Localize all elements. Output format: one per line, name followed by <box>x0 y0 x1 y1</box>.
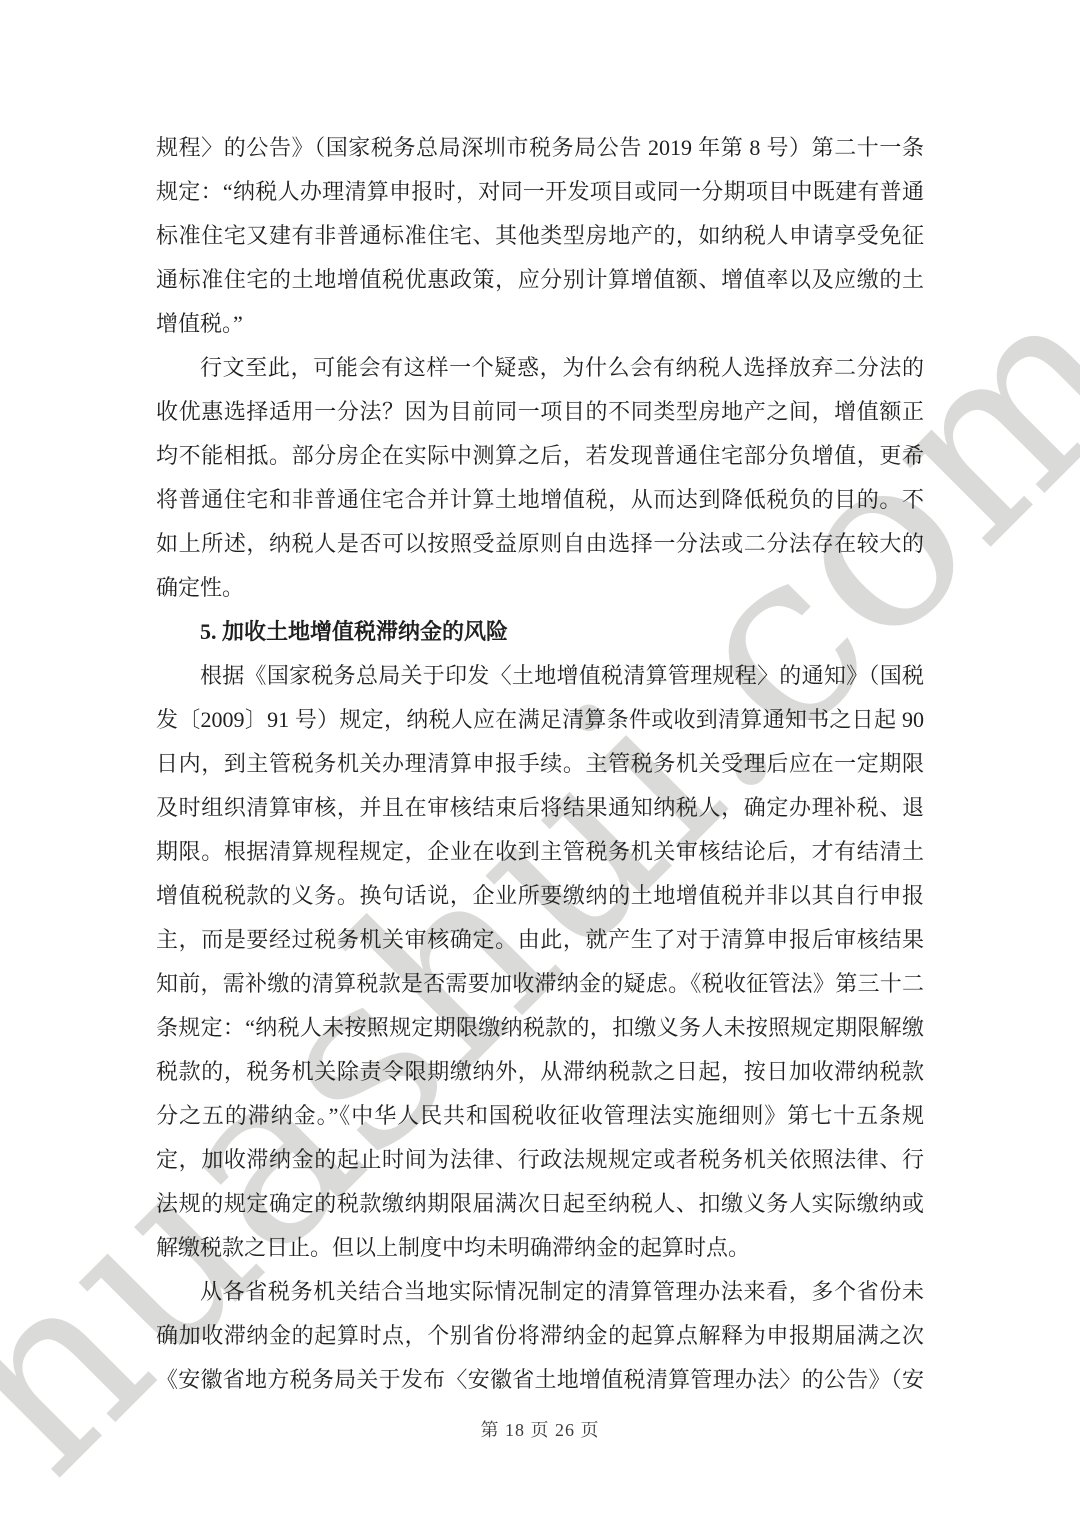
text-line: 日内，到主管税务机关办理清算申报手续。主管税务机关受理后应在一定期限内 <box>156 742 924 786</box>
text-line: 解缴税款之日止。但以上制度中均未明确滞纳金的起算时点。 <box>156 1226 924 1270</box>
text-line: 分之五的滞纳金。”《中华人民共和国税收征收管理法实施细则》第七十五条规 <box>156 1094 924 1138</box>
text-line: 增值税税款的义务。换句话说，企业所要缴纳的土地增值税并非以其自行申报为 <box>156 874 924 918</box>
text-line: 收优惠选择适用一分法？因为目前同一项目的不同类型房地产之间，增值额正负 <box>156 390 924 434</box>
text-line: 均不能相抵。部分房企在实际中测算之后，若发现普通住宅部分负增值，更希望 <box>156 434 924 478</box>
text-line: 主，而是要经过税务机关审核确定。由此，就产生了对于清算申报后审核结果通 <box>156 918 924 962</box>
document-page: huashui.com 规程〉的公告》（国家税务总局深圳市税务局公告 2019 … <box>0 0 1080 1527</box>
text-line: 《安徽省地方税务局关于发布〈安徽省土地增值税清算管理办法〉的公告》（安 <box>156 1358 924 1402</box>
document-body: 规程〉的公告》（国家税务总局深圳市税务局公告 2019 年第 8 号）第二十一条… <box>156 126 924 1402</box>
text-line: 标准住宅又建有非普通标准住宅、其他类型房地产的，如纳税人申请享受免征普 <box>156 214 924 258</box>
text-line: 确定性。 <box>156 566 924 610</box>
text-line: 规程〉的公告》（国家税务总局深圳市税务局公告 2019 年第 8 号）第二十一条 <box>156 126 924 170</box>
text-line: 期限。根据清算规程规定，企业在收到主管税务机关审核结论后，才有结清土地 <box>156 830 924 874</box>
text-line: 税款的，税务机关除责令限期缴纳外，从滞纳税款之日起，按日加收滞纳税款万 <box>156 1050 924 1094</box>
text-line: 知前，需补缴的清算税款是否需要加收滞纳金的疑虑。《税收征管法》第三十二 <box>156 962 924 1006</box>
text-line: 法规的规定确定的税款缴纳期限届满次日起至纳税人、扣缴义务人实际缴纳或者 <box>156 1182 924 1226</box>
text-line: 及时组织清算审核，并且在审核结束后将结果通知纳税人，确定办理补税、退税 <box>156 786 924 830</box>
text-line: 如上所述，纳税人是否可以按照受益原则自由选择一分法或二分法存在较大的不 <box>156 522 924 566</box>
text-line: 定，加收滞纳金的起止时间为法律、行政法规规定或者税务机关依照法律、行政 <box>156 1138 924 1182</box>
text-line: 将普通住宅和非普通住宅合并计算土地增值税，从而达到降低税负的目的。不过， <box>156 478 924 522</box>
text-line: 规定：“纳税人办理清算申报时，对同一开发项目或同一分期项目中既建有普通 <box>156 170 924 214</box>
text-line: 发〔2009〕91 号）规定，纳税人应在满足清算条件或收到清算通知书之日起 90 <box>156 698 924 742</box>
text-line: 条规定：“纳税人未按照规定期限缴纳税款的，扣缴义务人未按照规定期限解缴 <box>156 1006 924 1050</box>
text-line: 从各省税务机关结合当地实际情况制定的清算管理办法来看，多个省份未明 <box>156 1270 924 1314</box>
text-line: 通标准住宅的土地增值税优惠政策，应分别计算增值额、增值率以及应缴的土地 <box>156 258 924 302</box>
text-line: 根据《国家税务总局关于印发〈土地增值税清算管理规程〉的通知》（国税 <box>156 654 924 698</box>
text-line: 增值税。” <box>156 302 924 346</box>
text-line: 确加收滞纳金的起算时点，个别省份将滞纳金的起算点解释为申报期届满之次日。 <box>156 1314 924 1358</box>
text-line: 行文至此，可能会有这样一个疑惑，为什么会有纳税人选择放弃二分法的税 <box>156 346 924 390</box>
section-heading: 5. 加收土地增值税滞纳金的风险 <box>156 610 924 654</box>
page-number: 第 18 页 26 页 <box>0 1416 1080 1442</box>
